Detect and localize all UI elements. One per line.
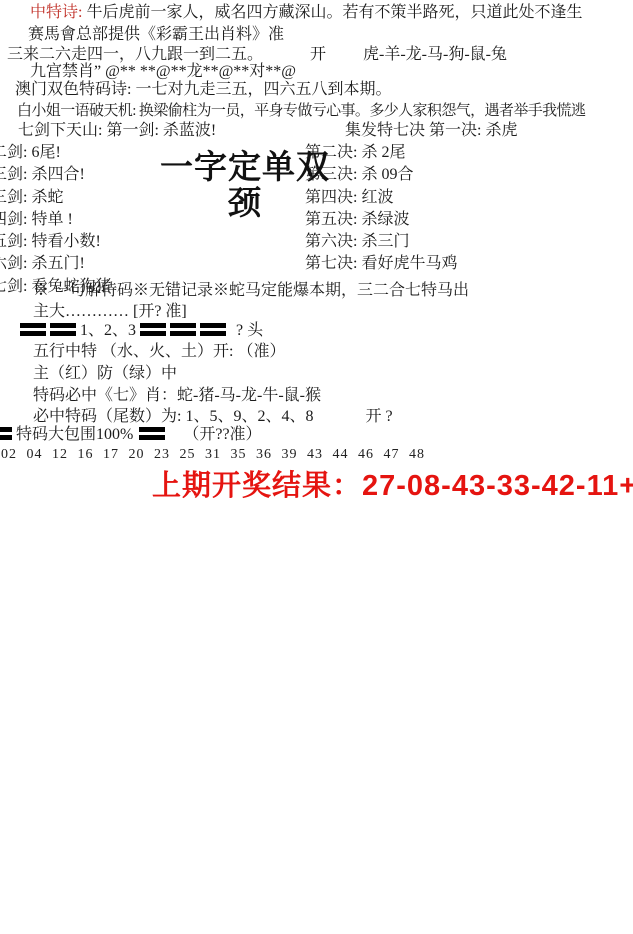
sanlai-line: 三来二六走四一，八九跟一到二五。 [7, 46, 263, 64]
tip-sheet-page: 中特诗: 牛后虎前一家人，威名四方藏深山。若有不策半路死，只道此处不逢生 赛馬會… [0, 0, 633, 934]
bizhong-kai: 开 ? [365, 408, 392, 425]
jue-item: 第七决: 看好虎牛马鸡 [305, 253, 457, 275]
seven-jue-header: 集发特七决 第一决: 杀虎 [345, 122, 517, 140]
seven-swords-header: 七剑下天山: 第一剑: 杀蓝波! [18, 122, 216, 140]
wuxing-line: 五行中特 （水、火、土）开: （准） [33, 343, 285, 361]
tou-nums: 1、2、3 [80, 322, 136, 339]
baowei-tail: （开??准） [183, 426, 261, 443]
result-label: 上期开奖结果： [152, 470, 362, 502]
black-bar-icon [50, 323, 76, 336]
last-draw-result: 上期开奖结果：27-08-43-33-42-11+29 [152, 477, 633, 495]
tou-tail: ? 头 [236, 322, 263, 339]
center-banner: 一字定单双 颈 [160, 150, 330, 222]
jiugong-line: 九宫禁肖” @** **@**龙**@**对**@ [30, 63, 296, 81]
bizhong-wei-line: 必中特码（尾数）为: 1、5、9、2、4、8 开 ? [33, 408, 393, 426]
sword-item: 三剑: 杀蛇 [0, 187, 111, 209]
tou-line: 1、2、3? 头 [20, 322, 263, 340]
sword-item: 五剑: 特看小数! [0, 231, 111, 253]
sword-item: 四剑: 特单 ! [0, 209, 111, 231]
sword-item: 三剑: 杀四合! [0, 164, 111, 186]
sword-item: 二剑: 6尾! [0, 142, 111, 164]
baixiaojie-line: 白小姐一语破天机: 换梁偷柱为一员，平身专做亏心事。多少人家积怨气，遇者举手我慌… [17, 102, 585, 120]
baowei-numbers: 02 04 12 16 17 20 23 25 31 35 36 39 43 4… [1, 446, 425, 464]
kai-label: 开 [310, 46, 326, 64]
black-bar-icon [20, 323, 46, 336]
zhongteshi-text: 牛后虎前一家人，威名四方藏深山。若有不策半路死，只道此处不逢生 [86, 4, 582, 21]
black-bar-icon [139, 427, 165, 440]
zhuda-line: 主大………… [开? 准] [33, 303, 187, 321]
black-bar-icon [0, 427, 12, 440]
yiju-line: ※ 一句解特码※无错记录※蛇马定能爆本期，三二合七特马出 [33, 282, 469, 300]
banner-line1: 一字定单双 [160, 150, 330, 186]
baowei-label: 特码大包围100% [16, 426, 133, 443]
seven-swords-list: 二剑: 6尾! 三剑: 杀四合! 三剑: 杀蛇 四剑: 特单 ! 五剑: 特看小… [0, 142, 111, 298]
zhufang-line: 主（红）防（绿）中 [33, 365, 177, 383]
black-bar-icon [200, 323, 226, 336]
aomen-line: 澳门双色特码诗: 一七对九走三五，四六五八到本期。 [15, 81, 391, 99]
result-numbers: 27-08-43-33-42-11+29 [362, 470, 633, 502]
black-bar-icon [140, 323, 166, 336]
banner-line2: 颈 [160, 186, 330, 222]
sword-item: 六剑: 杀五门! [0, 253, 111, 275]
zhongteshi-label: 中特诗: [30, 4, 82, 21]
baowei-line: 特码大包围100%（开??准） [0, 426, 262, 444]
bizhong-xiao-line: 特码必中《七》肖：蛇-猪-马-龙-牛-鼠-猴 [33, 387, 321, 405]
kai-zodiacs: 虎-羊-龙-马-狗-鼠-兔 [363, 46, 507, 64]
black-bar-icon [170, 323, 196, 336]
saimahui-line: 赛馬會总部提供《彩霸王出肖料》准 [28, 26, 284, 44]
jue-item: 第六决: 杀三门 [305, 231, 457, 253]
bizhong-wei-text: 必中特码（尾数）为: 1、5、9、2、4、8 [33, 408, 313, 425]
zhongteshi-line: 中特诗: 牛后虎前一家人，威名四方藏深山。若有不策半路死，只道此处不逢生 [30, 4, 582, 22]
